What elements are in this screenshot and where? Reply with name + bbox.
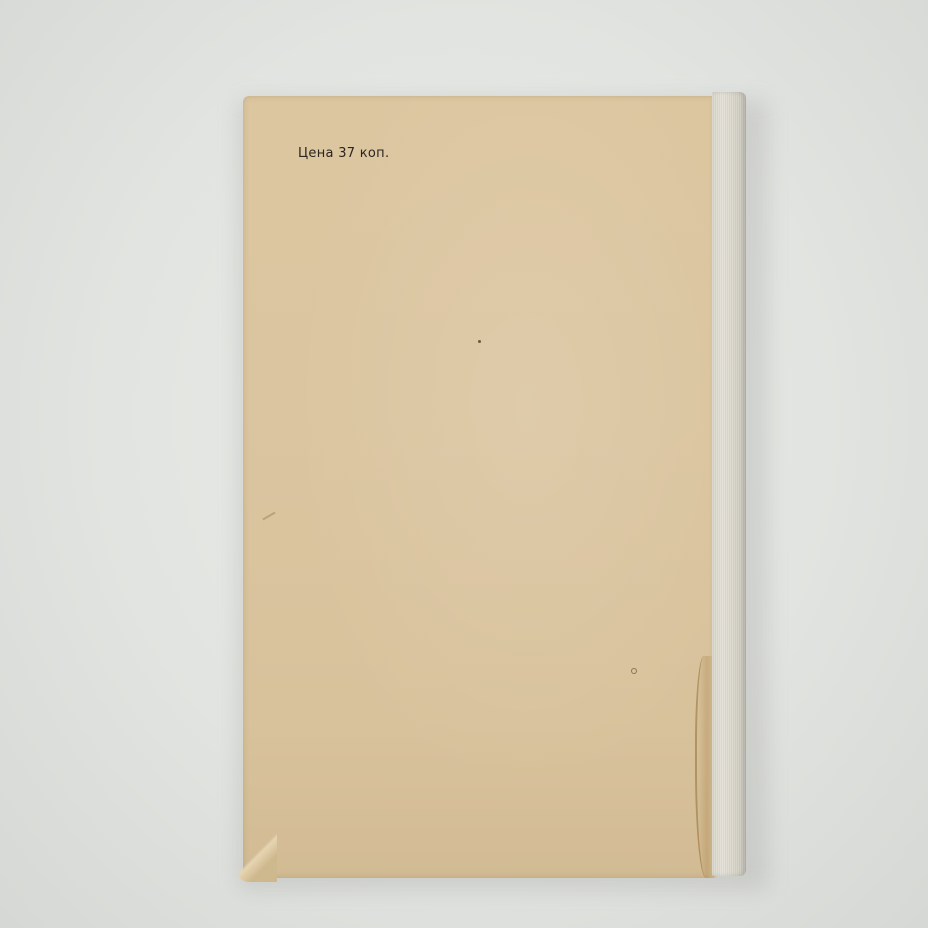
speck [478,340,481,343]
cloth-spine [712,92,746,876]
book: Цена 37 коп. [0,0,928,928]
speck [631,668,637,674]
back-cover [243,96,715,878]
price-label: Цена 37 коп. [298,146,389,161]
